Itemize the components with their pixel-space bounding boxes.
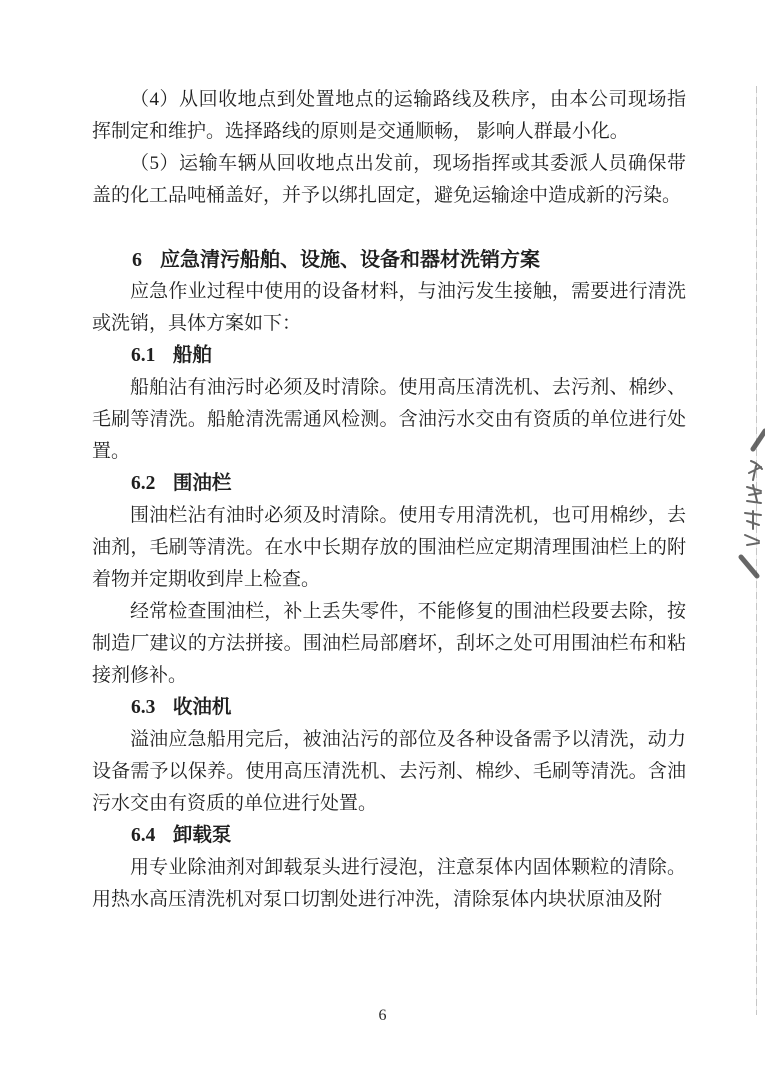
- section-heading-6: 6应急清污船舶、设施、设备和器材洗销方案: [92, 244, 686, 276]
- section-heading-6-2: 6.2围油栏: [92, 468, 686, 500]
- section-title: 卸载泵: [173, 825, 232, 846]
- document-page: （4）从回收地点到处置地点的运输路线及秩序，由本公司现场指挥制定和维护。选择路线…: [0, 0, 765, 1081]
- section-title: 围油栏: [173, 473, 232, 494]
- paragraph-section-6-4: 用专业除油剂对卸载泵头进行浸泡，注意泵体内固体颗粒的清除。用热水高压清洗机对泵口…: [92, 852, 686, 916]
- paragraph-transport-route: （4）从回收地点到处置地点的运输路线及秩序，由本公司现场指挥制定和维护。选择路线…: [92, 84, 686, 148]
- section-number: 6.4: [131, 825, 155, 846]
- paragraph-section-6-2-a: 围油栏沾有油时必须及时清除。使用专用清洗机，也可用棉纱，去油剂，毛刷等清洗。在水…: [92, 500, 686, 596]
- section-heading-6-1: 6.1船舶: [92, 340, 686, 372]
- paragraph-section-6: 应急作业过程中使用的设备材料，与油污发生接触，需要进行清洗或洗销，具体方案如下：: [92, 276, 686, 340]
- page-body: （4）从回收地点到处置地点的运输路线及秩序，由本公司现场指挥制定和维护。选择路线…: [92, 84, 686, 916]
- section-heading-6-4: 6.4卸载泵: [92, 820, 686, 852]
- section-heading-6-3: 6.3收油机: [92, 692, 686, 724]
- paragraph-section-6-3: 溢油应急船用完后，被油沾污的部位及各种设备需予以清洗，动力设备需予以保养。使用高…: [92, 724, 686, 820]
- paragraph-section-6-1: 船舶沾有油污时必须及时清除。使用高压清洗机、去污剂、棉纱、毛刷等清洗。船舱清洗需…: [92, 372, 686, 468]
- section-number: 6.3: [131, 697, 155, 718]
- section-number: 6.1: [131, 345, 155, 366]
- paragraph-transport-vehicle: （5）运输车辆从回收地点出发前，现场指挥或其委派人员确保带盖的化工品吨桶盖好，并…: [92, 148, 686, 212]
- section-title: 收油机: [173, 697, 232, 718]
- handwritten-margin-mark: [730, 428, 765, 580]
- page-footer: 6: [0, 1007, 765, 1025]
- page-number: 6: [379, 1007, 387, 1024]
- section-number: 6: [132, 249, 142, 271]
- section-number: 6.2: [131, 473, 155, 494]
- section-title: 船舶: [173, 345, 212, 366]
- section-title: 应急清污船舶、设施、设备和器材洗销方案: [160, 249, 540, 271]
- paragraph-section-6-2-b: 经常检查围油栏，补上丢失零件，不能修复的围油栏段要去除，按制造厂建议的方法拼接。…: [92, 596, 686, 692]
